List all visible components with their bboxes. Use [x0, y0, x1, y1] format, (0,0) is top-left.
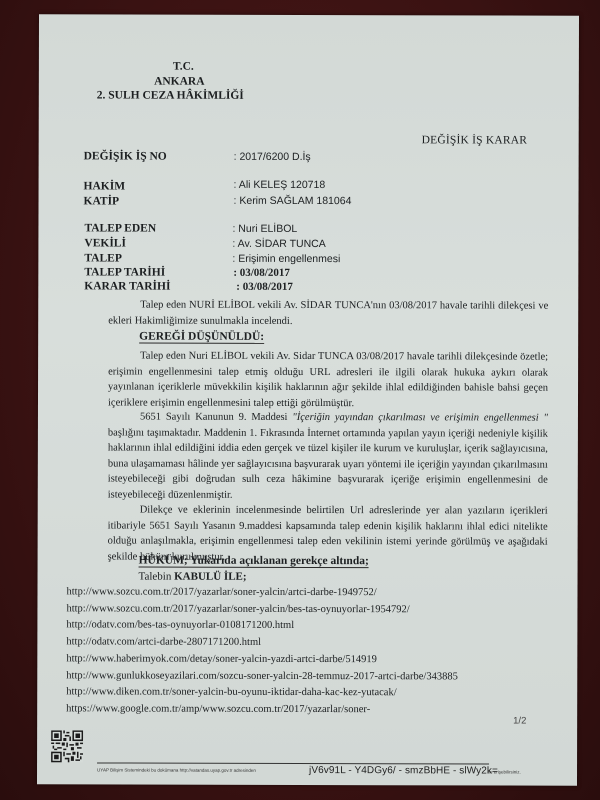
footer-divider: [97, 762, 489, 764]
uyap-note-end: ile erişebilirsiniz.: [488, 769, 521, 774]
qr-code-icon: [51, 730, 83, 762]
decision-date-label: KARAR TARİHİ: [84, 280, 170, 292]
url-item[interactable]: http://www.diken.com.tr/soner-yalcin-bu-…: [66, 685, 458, 703]
uyap-note: UYAP Bilişim Sistemindeki bu dokümana ht…: [97, 767, 256, 772]
url-item[interactable]: http://www.gunlukkoseyazilari.com/sozcu-…: [66, 668, 458, 686]
paragraph-2-rest: başlığını taşımaktadır. Maddenin 1. Fıkr…: [108, 427, 548, 500]
acceptance-bold: KABULÜ İLE;: [174, 571, 246, 583]
request-label: TALEP: [84, 252, 122, 264]
requester-value: : Nuri ELİBOL: [232, 223, 297, 235]
document-page: T.C. ANKARA 2. SULH CEZA HÂKİMLİĞİ DEĞİŞ…: [37, 14, 579, 785]
intro-text: Talep eden NURİ ELİBOL vekili Av. SİDAR …: [108, 300, 548, 327]
request-date-value: : 03/08/2017: [233, 267, 290, 279]
page-number: 1/2: [513, 716, 526, 727]
clerk-label: KATİP: [84, 195, 120, 207]
paragraph-2-italic: "İçeriğin yayından çıkarılması ve erişim…: [292, 412, 548, 424]
verification-code: jV6v91L - Y4DGy6/ - smzBbHE - slWy2k=: [309, 765, 498, 776]
url-item[interactable]: http://odatv.com/bes-tas-oynuyorlar-0108…: [66, 618, 458, 636]
judge-value: : Ali KELEŞ 120718: [234, 179, 326, 191]
attorney-label: VEKİLİ: [84, 237, 126, 249]
request-value: : Erişimin engellenmesi: [232, 253, 340, 265]
case-no-value: : 2017/6200 D.İş: [234, 151, 311, 163]
request-date-label: TALEP TARİHİ: [84, 266, 165, 278]
court-header: T.C. ANKARA 2. SULH CEZA HÂKİMLİĞİ: [97, 59, 244, 103]
paragraph-3-text: Dilekçe ve eklerinin incelenmesinde beli…: [108, 505, 548, 563]
document-type: DEĞİŞİK İŞ KARAR: [422, 134, 527, 146]
verdict-heading: HÜKÜM; Yukarıda açıklanan gerekçe altınd…: [139, 555, 369, 569]
city-label: ANKARA: [97, 74, 244, 89]
paragraph-1-text: Talep eden Nuri ELİBOL vekili Av. Sidar …: [108, 351, 548, 409]
paragraph-2-start: 5651 Sayılı Kanunun 9. Maddesi: [140, 412, 292, 423]
judge-label: HAKİM: [84, 180, 126, 192]
court-name: 2. SULH CEZA HÂKİMLİĞİ: [97, 88, 244, 103]
url-item[interactable]: http://odatv.com/artci-darbe-2807171200.…: [66, 634, 458, 652]
url-item[interactable]: http://www.sozcu.com.tr/2017/yazarlar/so…: [66, 601, 458, 619]
url-list: http://www.sozcu.com.tr/2017/yazarlar/so…: [66, 584, 458, 719]
requester-label: TALEP EDEN: [84, 222, 156, 234]
paragraph-1: Talep eden Nuri ELİBOL vekili Av. Sidar …: [108, 348, 548, 411]
clerk-value: : Kerim SAĞLAM 181064: [234, 195, 352, 207]
attorney-value: : Av. SİDAR TUNCA: [232, 238, 325, 250]
url-item[interactable]: https://www.google.com.tr/amp/www.sozcu.…: [66, 701, 458, 719]
acceptance-line: Talebin KABULÜ İLE;: [139, 571, 247, 583]
country-label: T.C.: [97, 59, 244, 74]
paragraph-2: 5651 Sayılı Kanunun 9. Maddesi "İçeriğin…: [108, 409, 548, 503]
case-no-label: DEĞİŞİK İŞ NO: [84, 150, 167, 162]
url-item[interactable]: http://www.haberimyok.com/detay/soner-ya…: [66, 651, 458, 669]
acceptance-prefix: Talebin: [139, 571, 175, 583]
decision-date-value: : 03/08/2017: [236, 281, 293, 293]
intro-paragraph: Talep eden NURİ ELİBOL vekili Av. SİDAR …: [108, 297, 548, 329]
considered-heading: GEREĞİ DÜŞÜNÜLDÜ:: [139, 331, 264, 344]
url-item[interactable]: http://www.sozcu.com.tr/2017/yazarlar/so…: [66, 584, 458, 602]
